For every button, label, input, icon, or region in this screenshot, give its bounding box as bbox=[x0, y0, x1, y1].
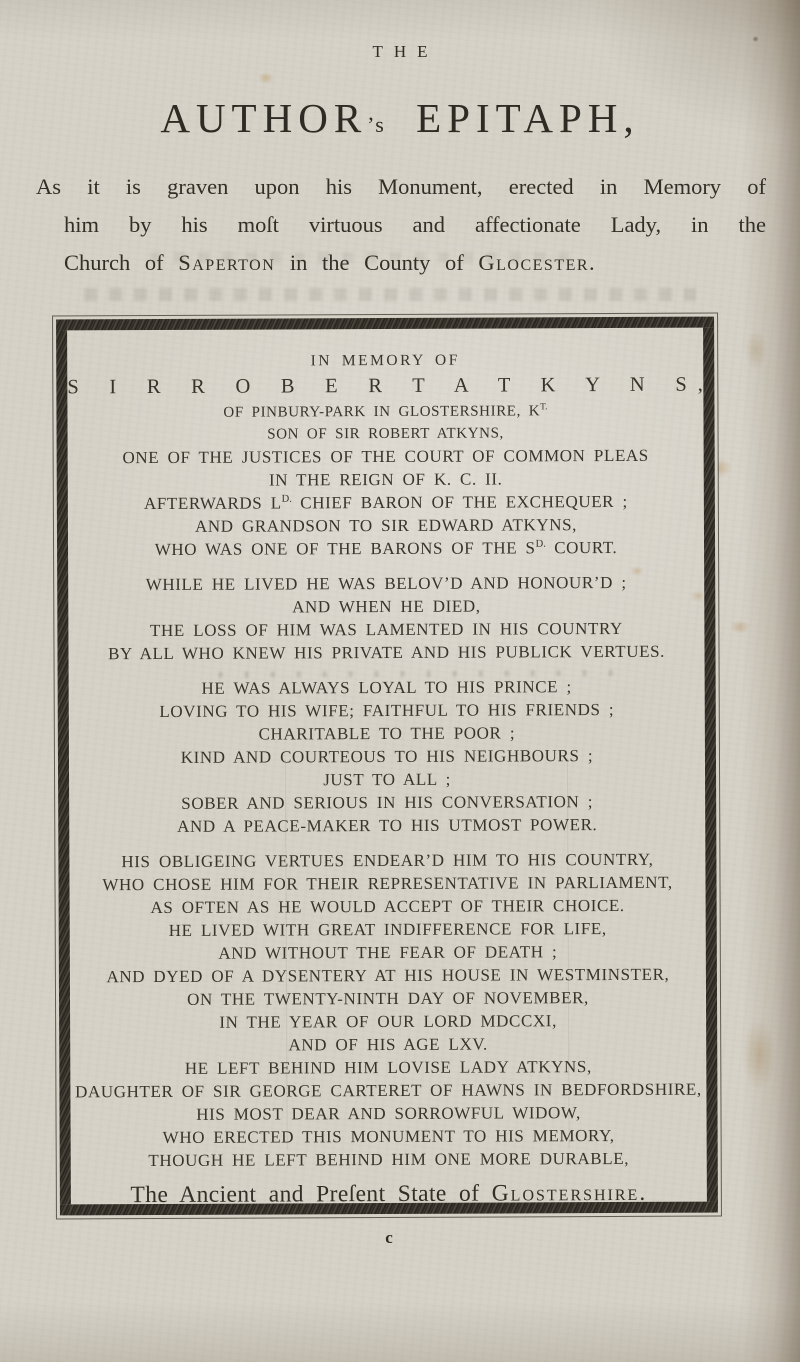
epitaph-line: AND DYED OF A DYSENTERY AT HIS HOUSE IN … bbox=[70, 963, 706, 989]
epitaph-line: WHO CHOSE HIM FOR THEIR REPRESENTATIVE I… bbox=[69, 871, 705, 897]
epitaph-closing-line: The Ancient and Preſent State of Gloster… bbox=[71, 1182, 707, 1205]
line-text: OF PINBURY-PARK IN GLOSTERSHIRE, K bbox=[223, 403, 540, 420]
epitaph-line: THE LOSS OF HIM WAS LAMENTED IN HIS COUN… bbox=[68, 617, 704, 643]
bleedthrough-smudge bbox=[84, 288, 696, 301]
book-page: THE AUTHOR’s EPITAPH, As it is graven up… bbox=[0, 0, 800, 1362]
epitaph-line: SOBER AND SERIOUS IN HIS CONVERSATION ; bbox=[69, 790, 705, 816]
place-name-glocester: Glocester. bbox=[478, 250, 596, 275]
epitaph-line: AND WHEN HE DIED, bbox=[68, 594, 704, 620]
epitaph-line: BY ALL WHO KNEW HIS PRIVATE AND HIS PUBL… bbox=[68, 640, 704, 666]
epitaph-line: SON OF SIR ROBERT ATKYNS, bbox=[68, 422, 704, 447]
intro-line: Church of Saperton in the County of Gloc… bbox=[36, 244, 766, 282]
epitaph-line: JUST TO ALL ; bbox=[69, 767, 705, 793]
epitaph-line: WHILE HE LIVED HE WAS BELOV’D AND HONOUR… bbox=[68, 571, 704, 597]
epitaph-line: AND WITHOUT THE FEAR OF DEATH ; bbox=[70, 940, 706, 966]
epitaph-line: WHO ERECTED THIS MONUMENT TO HIS MEMORY, bbox=[71, 1124, 707, 1150]
line-text: CHIEF BARON OF THE EXCHEQUER ; bbox=[292, 492, 628, 512]
epitaph-stanza-beloved: WHILE HE LIVED HE WAS BELOV’D AND HONOUR… bbox=[68, 571, 704, 666]
epitaph-line: OF PINBURY-PARK IN GLOSTERSHIRE, KT. bbox=[67, 400, 703, 425]
epitaph-text-block: IN MEMORY OF S I R R O B E R T A T K Y N… bbox=[67, 328, 707, 1205]
epitaph-line: WHO WAS ONE OF THE BARONS OF THE SD. COU… bbox=[68, 536, 704, 562]
epitaph-line: AFTERWARDS LD. CHIEF BARON OF THE EXCHEQ… bbox=[68, 490, 704, 516]
line-text: WHO WAS ONE OF THE BARONS OF THE S bbox=[155, 538, 536, 559]
epitaph-line: IN MEMORY OF bbox=[67, 349, 703, 374]
title-text: AUTHOR bbox=[160, 95, 367, 141]
place-name-saperton: Saperton bbox=[178, 250, 275, 275]
epitaph-line: HE LIVED WITH GREAT INDIFFERENCE FOR LIF… bbox=[70, 917, 706, 943]
superscript: T. bbox=[540, 402, 547, 412]
epitaph-line: IN THE REIGN OF K. C. II. bbox=[68, 467, 704, 493]
epitaph-line: AND A PEACE-MAKER TO HIS UTMOST POWER. bbox=[69, 813, 705, 839]
paper-stain bbox=[742, 1020, 776, 1090]
line-text: COURT. bbox=[546, 538, 618, 557]
page-title: AUTHOR’s EPITAPH, bbox=[0, 94, 800, 142]
signature-mark: c bbox=[0, 1228, 800, 1248]
epitaph-stanza-virtues: HE WAS ALWAYS LOYAL TO HIS PRINCE ; LOVI… bbox=[69, 675, 706, 839]
epitaph-line: HE LEFT BEHIND HIM LOVISE LADY ATKYNS, bbox=[70, 1055, 706, 1081]
epitaph-line: HIS MOST DEAR AND SORROWFUL WIDOW, bbox=[70, 1101, 706, 1127]
intro-paragraph: As it is graven upon his Monument, erect… bbox=[36, 168, 766, 282]
intro-text: in the County of bbox=[275, 250, 478, 275]
epitaph-line: HIS OBLIGEING VERTUES ENDEAR’D HIM TO HI… bbox=[69, 848, 705, 874]
paper-stain bbox=[730, 620, 750, 634]
closing-text: The Ancient and Preſent State of bbox=[130, 1181, 491, 1205]
epitaph-line: ONE OF THE JUSTICES OF THE COURT OF COMM… bbox=[68, 444, 704, 470]
epitaph-line: CHARITABLE TO THE POOR ; bbox=[69, 721, 705, 747]
epitaph-stanza-life-and-death: HIS OBLIGEING VERTUES ENDEAR’D HIM TO HI… bbox=[69, 848, 706, 1173]
epitaph-line: LOVING TO HIS WIFE; FAITHFUL TO HIS FRIE… bbox=[69, 698, 705, 724]
epitaph-line: DAUGHTER OF SIR GEORGE CARTERET OF HAWNS… bbox=[70, 1078, 706, 1104]
superscript: D. bbox=[536, 539, 546, 550]
epitaph-line: HE WAS ALWAYS LOYAL TO HIS PRINCE ; bbox=[69, 675, 705, 701]
epitaph-line: AS OFTEN AS HE WOULD ACCEPT OF THEIR CHO… bbox=[70, 894, 706, 920]
epitaph-line: AND OF HIS AGE LXV. bbox=[70, 1032, 706, 1058]
paper-stain bbox=[745, 330, 767, 370]
line-text: AFTERWARDS L bbox=[144, 493, 282, 513]
epitaph-line: IN THE YEAR OF OUR LORD MDCCXI, bbox=[70, 1009, 706, 1035]
half-title-the: THE bbox=[0, 42, 800, 62]
monument-border-frame: IN MEMORY OF S I R R O B E R T A T K Y N… bbox=[56, 317, 718, 1216]
intro-line: As it is graven upon his Monument, erect… bbox=[36, 168, 766, 206]
intro-line: him by his moſt virtuous and affectionat… bbox=[36, 206, 766, 244]
superscript: D. bbox=[282, 494, 292, 505]
paper-stain bbox=[258, 72, 274, 84]
intro-text: Church of bbox=[64, 250, 178, 275]
epitaph-line-name: S I R R O B E R T A T K Y N S, bbox=[67, 371, 703, 403]
epitaph-line: THOUGH HE LEFT BEHIND HIM ONE MORE DURAB… bbox=[71, 1147, 707, 1173]
epitaph-line: AND GRANDSON TO SIR EDWARD ATKYNS, bbox=[68, 513, 704, 539]
epitaph-stanza-titles: IN MEMORY OF S I R R O B E R T A T K Y N… bbox=[67, 349, 704, 562]
title-apostrophe-s: ’s bbox=[367, 112, 386, 137]
place-name-glostershire: Glostershire. bbox=[492, 1180, 648, 1205]
epitaph-line: KIND AND COURTEOUS TO HIS NEIGHBOURS ; bbox=[69, 744, 705, 770]
epitaph-line: ON THE TWENTY-NINTH DAY OF NOVEMBER, bbox=[70, 986, 706, 1012]
title-text: EPITAPH, bbox=[416, 95, 640, 141]
